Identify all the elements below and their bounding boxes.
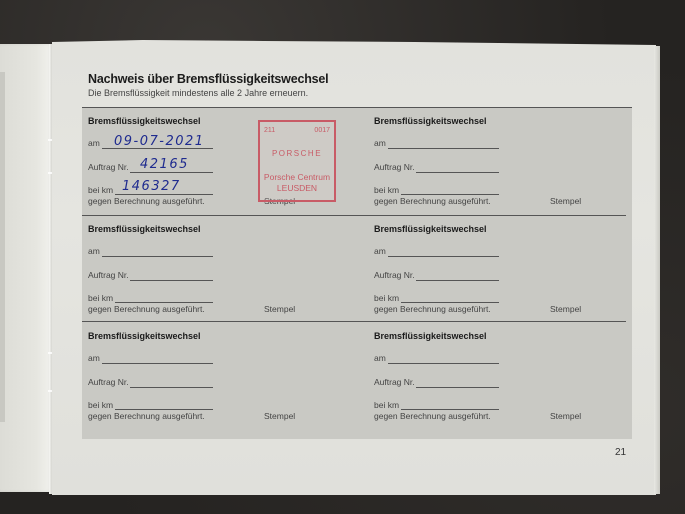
order-label: Auftrag Nr. xyxy=(88,162,129,172)
order-label: Auftrag Nr. xyxy=(374,377,415,387)
date-value: 09-07-2021 xyxy=(114,134,205,149)
page-subtitle: Die Bremsflüssigkeit mindestens alle 2 J… xyxy=(88,88,308,98)
executed-label: gegen Berechnung ausgeführt. xyxy=(374,304,491,314)
brake-fluid-entry: Bremsflüssigkeitswechsel am Auftrag Nr. … xyxy=(82,216,352,321)
entry-heading: Bremsflüssigkeitswechsel xyxy=(88,224,201,234)
km-field[interactable] xyxy=(401,409,499,410)
stamp-label: Stempel xyxy=(264,411,295,421)
page-title: Nachweis über Bremsflüssigkeitswechsel xyxy=(88,72,328,86)
date-label: am xyxy=(374,138,386,148)
stamp-label: Stempel xyxy=(550,411,581,421)
km-field[interactable] xyxy=(115,194,213,195)
stamp-number-left: 211 xyxy=(264,127,275,134)
order-field[interactable] xyxy=(130,172,213,173)
executed-label: gegen Berechnung ausgeführt. xyxy=(88,304,205,314)
executed-label: gegen Berechnung ausgeführt. xyxy=(374,411,491,421)
stamp-number-right: 0017 xyxy=(314,127,330,134)
stamp-dealer-city: LEUSDEN xyxy=(260,183,334,193)
left-page xyxy=(0,44,52,492)
brake-fluid-entry: Bremsflüssigkeitswechsel am Auftrag Nr. … xyxy=(368,108,638,213)
km-field[interactable] xyxy=(401,194,499,195)
km-label: bei km xyxy=(88,293,113,303)
brake-fluid-entry: Bremsflüssigkeitswechsel am Auftrag Nr. … xyxy=(82,323,352,428)
brake-fluid-entry: Bremsflüssigkeitswechsel am Auftrag Nr. … xyxy=(368,216,638,321)
km-field[interactable] xyxy=(115,302,213,303)
order-field[interactable] xyxy=(416,280,499,281)
date-field[interactable] xyxy=(102,363,213,364)
km-label: bei km xyxy=(374,293,399,303)
km-value: 146327 xyxy=(122,179,181,194)
date-field[interactable] xyxy=(102,256,213,257)
page-edge xyxy=(654,46,660,494)
stamp-label: Stempel xyxy=(550,196,581,206)
left-page-form-edge xyxy=(0,72,5,422)
executed-label: gegen Berechnung ausgeführt. xyxy=(374,196,491,206)
row-divider xyxy=(82,321,626,322)
stamp-label: Stempel xyxy=(264,304,295,314)
date-field[interactable] xyxy=(388,256,499,257)
executed-label: gegen Berechnung ausgeführt. xyxy=(88,411,205,421)
dealer-stamp: 211 0017 PORSCHE Porsche Centrum LEUSDEN xyxy=(258,120,336,202)
staple-mark xyxy=(48,352,52,354)
stamp-label: Stempel xyxy=(550,304,581,314)
entry-heading: Bremsflüssigkeitswechsel xyxy=(374,224,487,234)
order-field[interactable] xyxy=(130,280,213,281)
order-label: Auftrag Nr. xyxy=(88,377,129,387)
book-spine xyxy=(49,44,52,494)
stamp-brand: PORSCHE xyxy=(260,149,334,158)
km-label: bei km xyxy=(374,400,399,410)
page-number: 21 xyxy=(615,447,626,458)
entry-heading: Bremsflüssigkeitswechsel xyxy=(374,331,487,341)
date-label: am xyxy=(88,353,100,363)
km-label: bei km xyxy=(374,185,399,195)
order-label: Auftrag Nr. xyxy=(88,270,129,280)
date-label: am xyxy=(88,138,100,148)
staple-mark xyxy=(48,139,52,141)
staple-mark xyxy=(48,390,52,392)
date-label: am xyxy=(374,246,386,256)
entry-heading: Bremsflüssigkeitswechsel xyxy=(374,116,487,126)
order-label: Auftrag Nr. xyxy=(374,162,415,172)
executed-label: gegen Berechnung ausgeführt. xyxy=(88,196,205,206)
order-field[interactable] xyxy=(416,387,499,388)
km-field[interactable] xyxy=(401,302,499,303)
entry-heading: Bremsflüssigkeitswechsel xyxy=(88,331,201,341)
date-label: am xyxy=(374,353,386,363)
order-field[interactable] xyxy=(416,172,499,173)
date-label: am xyxy=(88,246,100,256)
staple-mark xyxy=(48,172,52,174)
order-field[interactable] xyxy=(130,387,213,388)
brake-fluid-entry: Bremsflüssigkeitswechsel am Auftrag Nr. … xyxy=(368,323,638,428)
order-value: 42165 xyxy=(140,157,189,172)
date-field[interactable] xyxy=(388,363,499,364)
order-label: Auftrag Nr. xyxy=(374,270,415,280)
stamp-dealer-name: Porsche Centrum xyxy=(260,172,334,182)
km-label: bei km xyxy=(88,185,113,195)
km-label: bei km xyxy=(88,400,113,410)
date-field[interactable] xyxy=(388,148,499,149)
km-field[interactable] xyxy=(115,409,213,410)
entry-heading: Bremsflüssigkeitswechsel xyxy=(88,116,201,126)
